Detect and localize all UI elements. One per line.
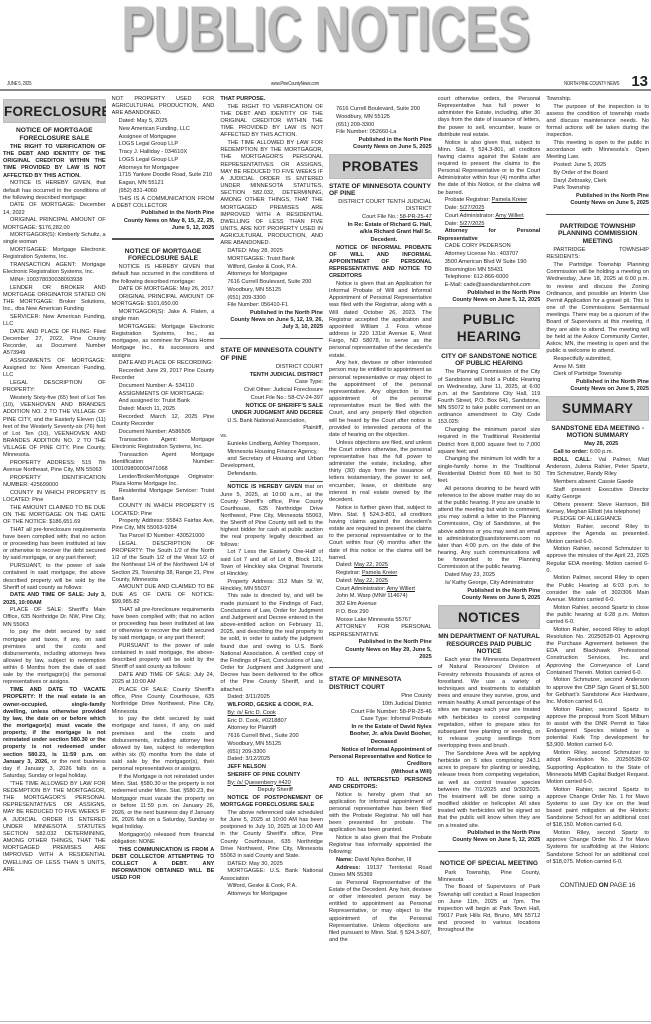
call-to-order: Call to order: 6:00 p.m. <box>546 449 649 456</box>
notice-paragraph: NOTICE IS HEREBY GIVEN that default has … <box>112 264 215 285</box>
notice-paragraph: PROPERTY IDENTIFICATION NUMBER: 42569900… <box>3 475 106 489</box>
notice-paragraph: The above referenced sale scheduled for … <box>220 810 323 860</box>
notice-paragraph: THE TIME ALLOWED BY LAW FOR REDEMPTION B… <box>220 140 323 247</box>
party-name: Eunieke Lindberg, Ashley Thompson, <box>220 441 323 448</box>
notice-paragraph: THE RIGHT TO VERIFICATION OF THE DEBT AN… <box>3 144 106 180</box>
deputy-title: Deputy Sheriff <box>220 787 323 794</box>
notice-line: Dated: May 5, 2025 <box>112 118 215 125</box>
notice-paragraph: PLACE OF SALE: Sheriff's Main Office, 63… <box>3 607 106 628</box>
notice-paragraph: Notice is also given that, subject to Mi… <box>438 140 541 197</box>
notice-paragraph: to pay the debt secured by said mortgage… <box>3 629 106 686</box>
notice-line: Posted: June 5, 2025 <box>546 162 649 169</box>
dated-line: Dated May 23, 2025 <box>438 572 541 579</box>
notice-special-meeting: NOTICE OF SPECIAL MEETING Park Township,… <box>438 860 541 934</box>
notice-line: Woodbury, MN 55125 <box>220 741 323 748</box>
attorney-name: John M. Warp (MN# 114674) <box>329 593 432 600</box>
notice-paragraph: THAT all pre-foreclosure requirements ha… <box>112 607 215 643</box>
notice-foreclosure-2-continued: THAT PURPOSE. THE RIGHT TO VERIFICATION … <box>220 96 323 332</box>
notice-paragraph: COUNTY IN WHICH PROPERTY IS LOCATED: Pin… <box>3 490 106 504</box>
estate-name: In re the Estate of David Nyles Booher, … <box>329 724 432 738</box>
notice-paragraph: The purpose of the inspection is to asse… <box>546 104 649 140</box>
notice-paragraph: MORTGAGEE: U.S. Bank National Associatio… <box>220 868 323 882</box>
signature-line: By: /s/ Quesenberry #420 <box>220 780 323 787</box>
notice-dnr: MN DEPARTMENT OF NATURAL RESOURCES PAID … <box>438 633 541 844</box>
notice-line: P.O. Box 290 <box>329 609 432 616</box>
dated-value: May 22, 2025 <box>354 562 388 568</box>
notice-paragraph: THE RIGHT TO VERIFICATION OF THE DEBT AN… <box>220 104 323 140</box>
publication-line: Published in the North Pine County News … <box>112 210 215 231</box>
notice-paragraph: MORTGAGOR(S): Jake A. Flaten, a single m… <box>112 309 215 323</box>
notice-paragraph: to pay the debt secured by said mortgage… <box>112 716 215 773</box>
website-link[interactable]: www.PineCountyNews.com <box>271 81 319 88</box>
party-role: Plaintiff, <box>220 425 323 432</box>
dated-line: Dated: May 22, 2025 <box>329 578 432 585</box>
date-label: Date: <box>445 205 460 211</box>
notice-line: (651) 209-3300 <box>329 122 432 129</box>
party-name: Minnesota Housing Finance Agency, <box>220 449 323 456</box>
notice-paragraph: Westerly Sixty-five (65) feet of Lot Ten… <box>3 395 106 459</box>
notice-line: Attorneys for Mortgagee <box>112 165 215 172</box>
section-header-probates: PROBATES <box>329 154 432 178</box>
call-label: Call to order: <box>553 449 588 455</box>
notice-line: 7616 Currell Blvd., Suite 200 <box>220 733 323 740</box>
notice-paragraph: TRANSACTION AGENT: Mortgage Electronic R… <box>3 262 106 276</box>
notice-heading: SANDSTONE EDA MEETING - MOTION SUMMARY <box>546 425 649 440</box>
notice-line: Eric D. Cook, #0218807 <box>220 718 323 725</box>
notice-special-meeting-continued: Township. The purpose of the inspection … <box>546 96 649 208</box>
publication-line: Published in the North Pine County News … <box>438 290 541 304</box>
notice-paragraph: Tax Parcel ID Number: 430521000 <box>112 533 215 540</box>
notice-paragraph: ORIGINAL PRINCIPAL AMOUNT OF MORTGAGE: $… <box>112 294 215 308</box>
continued-on: ON <box>599 882 608 889</box>
dated-label: Dated: <box>336 578 354 584</box>
motion-item: Motion Schmutzer, second Anderson to app… <box>546 677 649 706</box>
column-1: FORECLOSURE NOTICE OF MORTGAGE FORECLOSU… <box>3 96 106 1016</box>
notice-paragraph: COUNTY IN WHICH PROPERTY IS LOCATED: Pin… <box>112 503 215 517</box>
notice-paragraph: DATE AND TIME OF SALE: July 24, 2025 at … <box>112 672 215 686</box>
notice-paragraph: Township. <box>546 96 649 103</box>
call-value: 6:00 p.m. <box>588 449 613 455</box>
notice-paragraph: NOTICE IS HEREBY GIVEN, that default has… <box>3 180 106 201</box>
county-name: Pine County <box>329 693 432 700</box>
registrar-line: Probate Registrar: Pamela Kreier <box>438 197 541 204</box>
without-will-label: (Without a Will) <box>329 769 432 776</box>
notice-public-hearing: CITY OF SANDSTONE NOTICE OF PUBLIC HEARI… <box>438 353 541 602</box>
notice-line: Daryl Zebrasky, Clerk <box>546 178 649 185</box>
case-type: Case Type: Informal Probate <box>329 716 432 723</box>
notice-line: Respectfully submitted, <box>546 356 649 363</box>
notice-paragraph: Notice is further given that, subject to… <box>329 505 432 562</box>
notice-line: Woodbury, MN 55125 <box>329 114 432 121</box>
notice-foreclosure-2: NOTICE OF MORTGAGE FORECLOSURE SALE NOTI… <box>112 248 215 883</box>
publication-line: Published in the North Pine County News … <box>546 379 649 393</box>
notice-probate-booher-continued: court otherwise orders, the Personal Rep… <box>438 96 541 304</box>
notice-paragraph: TIME AND DATE TO VACATE PROPERTY: If the… <box>3 687 106 780</box>
notice-paragraph: Transaction Agent: Mortgage Electronic R… <box>112 437 215 451</box>
notice-paragraph: "THE TIME ALLOWED BY LAW FOR REDEMPTION … <box>3 781 106 874</box>
sheriff-title: SHERIFF OF PINE COUNTY <box>220 772 323 779</box>
notice-line: LOGS Legal Group LLP <box>112 157 215 164</box>
notice-heading: STATE OF MINNESOTA COUNTY OF PINE <box>220 347 323 362</box>
postponement-heading: NOTICE OF POSTPONEMENT OF MORTGAGE FOREC… <box>220 795 323 809</box>
date-label: Date: <box>445 221 460 227</box>
admin-label: Court Administrator: <box>445 213 496 219</box>
notice-eda-summary: SANDSTONE EDA MEETING - MOTION SUMMARY M… <box>546 425 649 866</box>
appointee-name: Name: David Nyles Booher, III <box>329 857 432 864</box>
notice-line: Attorneys for Mortgagee <box>220 271 323 278</box>
notice-paragraph: DATE OF MORTGAGE: December 14, 2022 <box>3 202 106 216</box>
notice-paragraph: THIS COMMUNICATION IS FROM A DEBT COLLEC… <box>112 847 215 883</box>
roll-call: ROLL CALL: Val Palmer, Matt Anderson, Ju… <box>546 457 649 478</box>
notice-paragraph: Changing the minimum parcel size require… <box>438 427 541 456</box>
notice-paragraph: DATE AND TIME OF SALE: July 3, 2025, 10:… <box>3 592 106 606</box>
dated-line: Dated: 3/11/2025 <box>220 694 323 701</box>
registrar-name: Pamela Kreier <box>362 570 397 576</box>
registrar-line: Registrar: Pamela Kreier <box>329 570 432 577</box>
folio-bar: JUNE 5, 2025 www.PineCountyNews.com NORT… <box>3 78 648 88</box>
party-name: U.S. Bank National Association, <box>220 418 323 425</box>
notice-lead: NOTICE IS HEREBY GIVEN <box>227 484 302 490</box>
notice-paragraph: This sale is directed by, and will be ma… <box>220 593 323 693</box>
notice-line: 7616 Currell Boulevard, Suite 200 <box>329 106 432 113</box>
notice-paragraph: DATE AND PLACE OF RECORDING: <box>112 360 215 367</box>
notice-paragraph: Notice is given that an Application for … <box>329 281 432 360</box>
motion-item: Motion Riley, second Schmutzer to adopt … <box>546 750 649 786</box>
column-6: Township. The purpose of the inspection … <box>546 96 649 1016</box>
versus-label: vs. <box>220 433 323 440</box>
notice-line: 3500 American Blvd W Suite 190 <box>438 259 541 266</box>
notice-paragraph: Mortgagor(s) released from financial obl… <box>112 832 215 846</box>
notice-line: Wilford, Geske & Cook, P.A. <box>220 264 323 271</box>
notice-paragraph: LEGAL DESCRIPTION OF PROPERTY: The South… <box>112 541 215 584</box>
notice-foreclosure-1: NOTICE OF MORTGAGE FORECLOSURE SALE THE … <box>3 127 106 874</box>
party-name: and Secretary of Housing and Urban Devel… <box>220 456 323 470</box>
notice-title: Notice of Informal Appointment of Person… <box>329 747 432 768</box>
file-number: 58-PR-25-47 <box>400 214 432 220</box>
notice-paragraph: Each year the Minnesota Department of Na… <box>438 657 541 750</box>
attorney-for: ATTORNEY FOR PERSONAL REPRESENTATIVE <box>329 624 432 638</box>
notice-heading: NOTICE OF SPECIAL MEETING <box>438 860 541 867</box>
admin-name: Amy Willert <box>495 213 523 219</box>
motion-item: Motion Riley, second Spartz to approve C… <box>546 830 649 866</box>
notice-line: 7616 Currell Boulevard, Suite 200 <box>220 279 323 286</box>
column-3: THAT PURPOSE. THE RIGHT TO VERIFICATION … <box>220 96 323 1016</box>
members-absent: Members absent: Cassie Gaede <box>546 479 649 486</box>
date-value: 5/27/2025 <box>460 205 485 211</box>
court-name: DISTRICT COURT <box>220 364 323 371</box>
notice-line: Clerk of Partridge Township <box>546 371 649 378</box>
notice-text: that on June 5, 2025, at 10:00 a.m., at … <box>220 484 323 547</box>
notice-line: File Number: 052660-La <box>329 129 432 136</box>
notice-paragraph: LENDER OR BROKER AND MORTGAGE ORIGINATOR… <box>3 285 106 314</box>
dated-value: May 22, 2025 <box>354 578 388 584</box>
admin-name: Amy Willert <box>387 586 415 592</box>
notice-probate-hall: STATE OF MINNESOTA COUNTY OF PINE DISTRI… <box>329 183 432 661</box>
dated-line: Dated: May 22, 2025 <box>329 562 432 569</box>
name-label: Name: <box>336 857 353 863</box>
publication-line: Published in the North Pine County News … <box>220 310 323 331</box>
notice-paragraph: AMOUNT DUE AND CLAIMED TO BE DUE AS OF D… <box>112 584 215 605</box>
estate-name: In Re: Estate of Richard G. Hall, a/k/a … <box>329 222 432 236</box>
paper-name: NORTH PINE COUNTY NEWS <box>564 81 619 88</box>
notice-paragraph: ORIGINAL PRINCIPAL AMOUNT OF MORTGAGE: $… <box>3 217 106 231</box>
column-5: court otherwise orders, the Personal Rep… <box>438 96 541 1016</box>
dated-label: Dated: <box>336 562 354 568</box>
notice-paragraph: PROPERTY ADDRESS: 515 7th Avenue Northea… <box>3 460 106 474</box>
date-value: 5/27/2025 <box>460 221 485 227</box>
pledge: PLEDGE OF ALLEGIANCE <box>546 516 649 523</box>
notice-paragraph: Lender/Broker/Mortgage Originator: Plaza… <box>112 474 215 488</box>
page-bottom-rule <box>0 1021 651 1022</box>
page-number: 13 <box>631 76 648 88</box>
notice-line: Tracy J. Halliday - 034610X <box>112 149 215 156</box>
notice-paragraph: PLACE OF SALE: County Sheriff's office, … <box>112 687 215 716</box>
notice-paragraph: All persons desiring to be heard with re… <box>438 486 541 572</box>
motion-item: Motion Rahier, second Schmutzer to appro… <box>546 546 649 575</box>
notice-paragraph: NOT PROPERTY USED FOR AGRICULTURAL PRODU… <box>112 96 215 117</box>
notice-line: Attorneys for Mortgagee <box>220 891 323 898</box>
signature-line: /s/ Kathy George, City Administrator <box>438 580 541 587</box>
notice-line: Attorney License No.: 403707 <box>438 251 541 258</box>
masthead-divider <box>0 89 651 91</box>
motion-item: Motion Palmer, second Riley to open the … <box>546 575 649 604</box>
notice-paragraph: Notice is hereby given that an applicati… <box>329 792 432 835</box>
notice-paragraph: LEGAL DESCRIPTION OF PROPERTY: <box>3 380 106 394</box>
column-4: 7616 Currell Boulevard, Suite 200 Woodbu… <box>329 96 432 1016</box>
notice-title: NOTICE OF SHERIFF'S SALE UNDER JUDGMENT … <box>220 403 323 417</box>
notice-paragraph: Document Number: A- 534110 <box>112 383 215 390</box>
notice-heading: NOTICE OF MORTGAGE FORECLOSURE SALE <box>112 248 215 263</box>
notice-paragraph: THAT all pre-foreclosure requirements ha… <box>3 527 106 563</box>
case-type-label: Case Type: <box>220 379 323 386</box>
columns: FORECLOSURE NOTICE OF MORTGAGE FORECLOSU… <box>3 96 649 1016</box>
registrar-label: Registrar: <box>336 570 362 576</box>
notice-line: Bloomington MN 55431 <box>438 267 541 274</box>
notice-heading: CITY OF SANDSTONE NOTICE OF PUBLIC HEARI… <box>438 353 541 368</box>
decedent-label: Decedent. <box>329 237 432 244</box>
notice-heading: STATE OF MINNESOTA DISTRICT COURT <box>329 676 432 691</box>
notice-line: (651) 209-3300 <box>220 295 323 302</box>
notice-paragraph: DATE OF MORTGAGE: May 26, 2017 <box>112 286 215 293</box>
notice-divider <box>546 214 649 216</box>
admin-line: Court Administrator: Amy Willert <box>438 213 541 220</box>
admin-line: Court Administrator: Amy Willert <box>329 586 432 593</box>
notice-line: MORTGAGEE: Truist Bank <box>220 256 323 263</box>
notice-paragraph: MORTGAGOR(S): Kimberly Schultz, a single… <box>3 232 106 246</box>
court-file-number: Court File No.: 58-CV-24-397 <box>220 395 323 402</box>
file-label: Court File No.: <box>362 214 400 220</box>
publication-line: Published in the North Pine County News … <box>329 639 432 660</box>
notice-paragraph: SERVICER: New American Funding, LLC <box>3 314 106 328</box>
notice-line: (651) 209-3300 <box>220 749 323 756</box>
address-label: Address: <box>336 865 360 871</box>
notice-paragraph: Document Number: A586505 <box>112 429 215 436</box>
court-name: DISTRICT COURT TENTH JUDICIAL DISTRICT <box>329 199 432 213</box>
court-district: TENTH JUDICIAL DISTRICT <box>220 372 323 379</box>
notice-paragraph: Transaction Agent Mortgage Identificatio… <box>112 452 215 473</box>
motion-item: Motion Rahier, second Riley to approve t… <box>546 524 649 545</box>
court-file-number: Court File Number: 58-PR-25-46 <box>329 709 432 716</box>
staff-present: Staff present: Executive Director Kathy … <box>546 487 649 501</box>
notice-line: CADE CORY PEDERSON <box>438 243 541 250</box>
notice-sheriff-sale: STATE OF MINNESOTA COUNTY OF PINE DISTRI… <box>220 347 323 898</box>
notice-paragraph: THIS IS A COMMUNICATION FROM A DEBT COLL… <box>112 196 215 210</box>
notice-divider <box>112 238 215 240</box>
notice-sheriff-sale-continued: 7616 Currell Boulevard, Suite 200 Woodbu… <box>329 106 432 151</box>
continued-label: CONTINUED <box>560 882 599 889</box>
notice-paragraph: Recorded: June 29, 2017 Pine County Reco… <box>112 368 215 382</box>
notice-paragraph: court otherwise orders, the Personal Rep… <box>438 96 541 139</box>
party-role: Defendants. <box>220 471 323 478</box>
notice-paragraph: Recorded: March 12, 2025 Pine County Rec… <box>112 414 215 428</box>
notice-line: Telephone: 612-866-6000 <box>438 274 541 281</box>
section-header-foreclosure: FORECLOSURE <box>3 99 106 123</box>
publication-line: Published in the North Pine County News … <box>438 830 541 844</box>
notice-divider <box>220 338 323 340</box>
deceased-label: Deceased <box>329 739 432 746</box>
notice-line: Assignee of Mortgagee <box>112 134 215 141</box>
meeting-date: May 28, 2025 <box>546 441 649 448</box>
notice-paragraph: as Personal Representative of the Estate… <box>329 880 432 944</box>
notice-line: Attorney for Plaintiff <box>220 725 323 732</box>
notice-heading: PARTRIDGE TOWNSHIP PLANNING COMMISSION M… <box>546 223 649 245</box>
court-file-number: Court File No.: 58-PR-25-47 <box>329 214 432 221</box>
continued-on-page[interactable]: CONTINUED ON PAGE 16 <box>546 882 649 890</box>
sheriff-name: JEFF NELSON <box>220 764 323 771</box>
notice-paragraph: NOTICE IS HEREBY GIVEN that on June 5, 2… <box>220 484 323 548</box>
notice-paragraph: The Sandstone Area will be applying herb… <box>438 751 541 830</box>
notice-paragraph: PARTRIDGE TOWNSHIP RESIDENTS: <box>546 247 649 261</box>
notice-line: New American Funding, LLC <box>112 126 215 133</box>
notice-paragraph: Property Address: 55843 Fairfax Ave, Pin… <box>112 518 215 532</box>
motion-item: Motion Rahier, second Spartz to close th… <box>546 605 649 626</box>
notice-line: 1715 Yankee Doodle Road, Suite 210 <box>112 172 215 179</box>
notice-paragraph: MORTGAGEE: Mortgage Electronic Registrat… <box>112 324 215 360</box>
law-firm: WILFORD, GESKE & COOK, P.A. <box>220 702 323 709</box>
district-name: 10th Judicial District <box>329 701 432 708</box>
notice-line: LOGS Legal Group LLP <box>112 141 215 148</box>
motion-item: Motion Rahier, second Spartz to approve … <box>546 707 649 750</box>
notice-paragraph: Residential Mortgage Servicer: Truist Ba… <box>112 488 215 502</box>
notice-paragraph: Any heir, devisee or other interested pe… <box>329 360 432 439</box>
notice-paragraph: If the Mortgage is not reinstated under … <box>112 774 215 831</box>
notice-paragraph: THE AMOUNT CLAIMED TO BE DUE ON THE MORT… <box>3 505 106 526</box>
notice-heading: STATE OF MINNESOTA COUNTY OF PINE <box>329 183 432 198</box>
notice-line: (952) 831-4060 <box>112 188 215 195</box>
notice-line: Anne M. Stitt <box>546 364 649 371</box>
paper-info: NORTH PINE COUNTY NEWS 13 <box>555 76 648 88</box>
address-line: TO ALL INTERESTED PERSONS AND CREDITORS: <box>329 777 432 791</box>
dated-line: Dated: 3/12/2025 <box>220 756 323 763</box>
notice-line: By Order of the Board <box>546 170 649 177</box>
notice-divider <box>438 851 541 853</box>
notice-partridge: PARTRIDGE TOWNSHIP PLANNING COMMISSION M… <box>546 223 649 393</box>
column-2: NOT PROPERTY USED FOR AGRICULTURAL PRODU… <box>112 96 215 1016</box>
case-type: Civil Other: Judicial Foreclosure <box>220 387 323 394</box>
admin-label: Court Administrator: <box>336 586 387 592</box>
notice-heading: MN DEPARTMENT OF NATURAL RESOURCES PAID … <box>438 633 541 655</box>
notice-paragraph: PURSUANT, to the power of sale contained… <box>3 563 106 592</box>
notice-divider <box>230 481 323 482</box>
date-line: Date: 5/27/2025 <box>438 205 541 212</box>
motion-item: Motion Rahier, second Riley to adopt Res… <box>546 627 649 677</box>
attorney-city: Moose Lake Minnesota 55767 <box>329 617 432 624</box>
notice-paragraph: PURSUANT to the power of sale contained … <box>112 643 215 672</box>
section-header-notices: NOTICES <box>438 605 541 629</box>
date-line: Date: 5/27/2025 <box>438 221 541 228</box>
notice-line: Park Township <box>546 185 649 192</box>
notice-paragraph: Dated: March 11, 2025 <box>112 406 215 413</box>
notice-paragraph: Property Address: 312 Main St W, Hinckle… <box>220 579 323 593</box>
appointee-address: Address: 19137 Territorial Road Osseo MN… <box>329 865 432 879</box>
notice-line: File Number: 056410-F1 <box>220 302 323 309</box>
roll-label: ROLL CALL: <box>553 457 591 463</box>
notice-line: Woodbury, MN 55125 <box>220 287 323 294</box>
notice-paragraph: DATED: May 30, 2025 <box>220 861 323 868</box>
notice-probate-booher: STATE OF MINNESOTA DISTRICT COURT Pine C… <box>329 676 432 944</box>
notice-paragraph: MIN#: 100378030038093938 <box>3 277 106 284</box>
continued-page: PAGE 16 <box>608 882 635 889</box>
notice-paragraph: Park Township, Pine County, Minnesota <box>438 870 541 884</box>
others-present: Others present: Steve Harrison, Bill Ker… <box>546 502 649 516</box>
notice-foreclosure-1-continued: NOT PROPERTY USED FOR AGRICULTURAL PRODU… <box>112 96 215 232</box>
notice-paragraph: The Partridge Township Planning Commissi… <box>546 262 649 355</box>
motion-item: Motion Rahier, second Spartz to approve … <box>546 787 649 830</box>
publication-line: Published in the North Pine County News … <box>329 137 432 151</box>
registrar-name: Pamela Kreier <box>492 197 527 203</box>
notice-paragraph: Lot 7 Less the Easterly One-Half of said… <box>220 549 323 578</box>
notice-paragraph: DATE AND PLACE OF FILING: Filed December… <box>3 329 106 358</box>
notice-paragraph: Notice is also given that the Probate Re… <box>329 835 432 856</box>
section-header-summary: SUMMARY <box>546 396 649 420</box>
notice-paragraph: THAT PURPOSE. <box>220 96 323 103</box>
masthead: PUBLIC NOTICES <box>0 0 651 60</box>
notice-title: NOTICE OF INFORMAL PROBATE OF WILL AND I… <box>329 245 432 281</box>
masthead-title: PUBLIC NOTICES <box>121 0 529 60</box>
registrar-label: Probate Registrar: <box>445 197 492 203</box>
issue-date: JUNE 5, 2025 <box>7 81 31 88</box>
notice-paragraph: MORTGAGEE: Mortgage Electronic Registrat… <box>3 247 106 261</box>
signature-line: By: /s/ Eric D. Cook <box>220 710 323 717</box>
publication-line: Published in the North Pine County News … <box>438 588 541 602</box>
notice-paragraph: This meeting is open to the public in ac… <box>546 140 649 161</box>
notice-line: DATED: May 28, 2025 <box>220 248 323 255</box>
attorney-for: Attorney for Personal Representative <box>438 228 541 242</box>
notice-line: Eagan, MN 55121 <box>112 180 215 187</box>
notice-divider <box>329 667 432 669</box>
notice-paragraph: The Planning Commission of the City of S… <box>438 369 541 426</box>
notice-line: Wilford, Geske & Cook, P.A. <box>220 883 323 890</box>
notice-paragraph: Unless objections are filed, and unless … <box>329 440 432 504</box>
section-header-public-hearing: PUBLIC HEARING <box>438 307 541 349</box>
notice-paragraph: Changing the minimum lot width for a sin… <box>438 456 541 485</box>
email-line: E-Mail: cade@sandandamhot.com <box>438 282 541 289</box>
publication-line: Published in the North Pine County News … <box>546 193 649 207</box>
notice-paragraph: And assigned to: Truist Bank <box>112 398 215 405</box>
notice-heading: NOTICE OF MORTGAGE FORECLOSURE SALE <box>3 127 106 142</box>
notice-paragraph: ASSIGNMENTS OF MORTGAGE: Assigned to: Ne… <box>3 358 106 379</box>
notice-paragraph: ASSIGNMENTS OF MORTGAGE: <box>112 391 215 398</box>
name-value: David Nyles Booher, III <box>353 857 411 863</box>
notice-paragraph: The Board of Supervisors of Park Townshi… <box>438 884 541 934</box>
vacate-text-bold: TIME AND DATE TO VACATE PROPERTY: If the… <box>3 687 106 765</box>
notice-line: 302 Elm Avenue <box>329 601 432 608</box>
